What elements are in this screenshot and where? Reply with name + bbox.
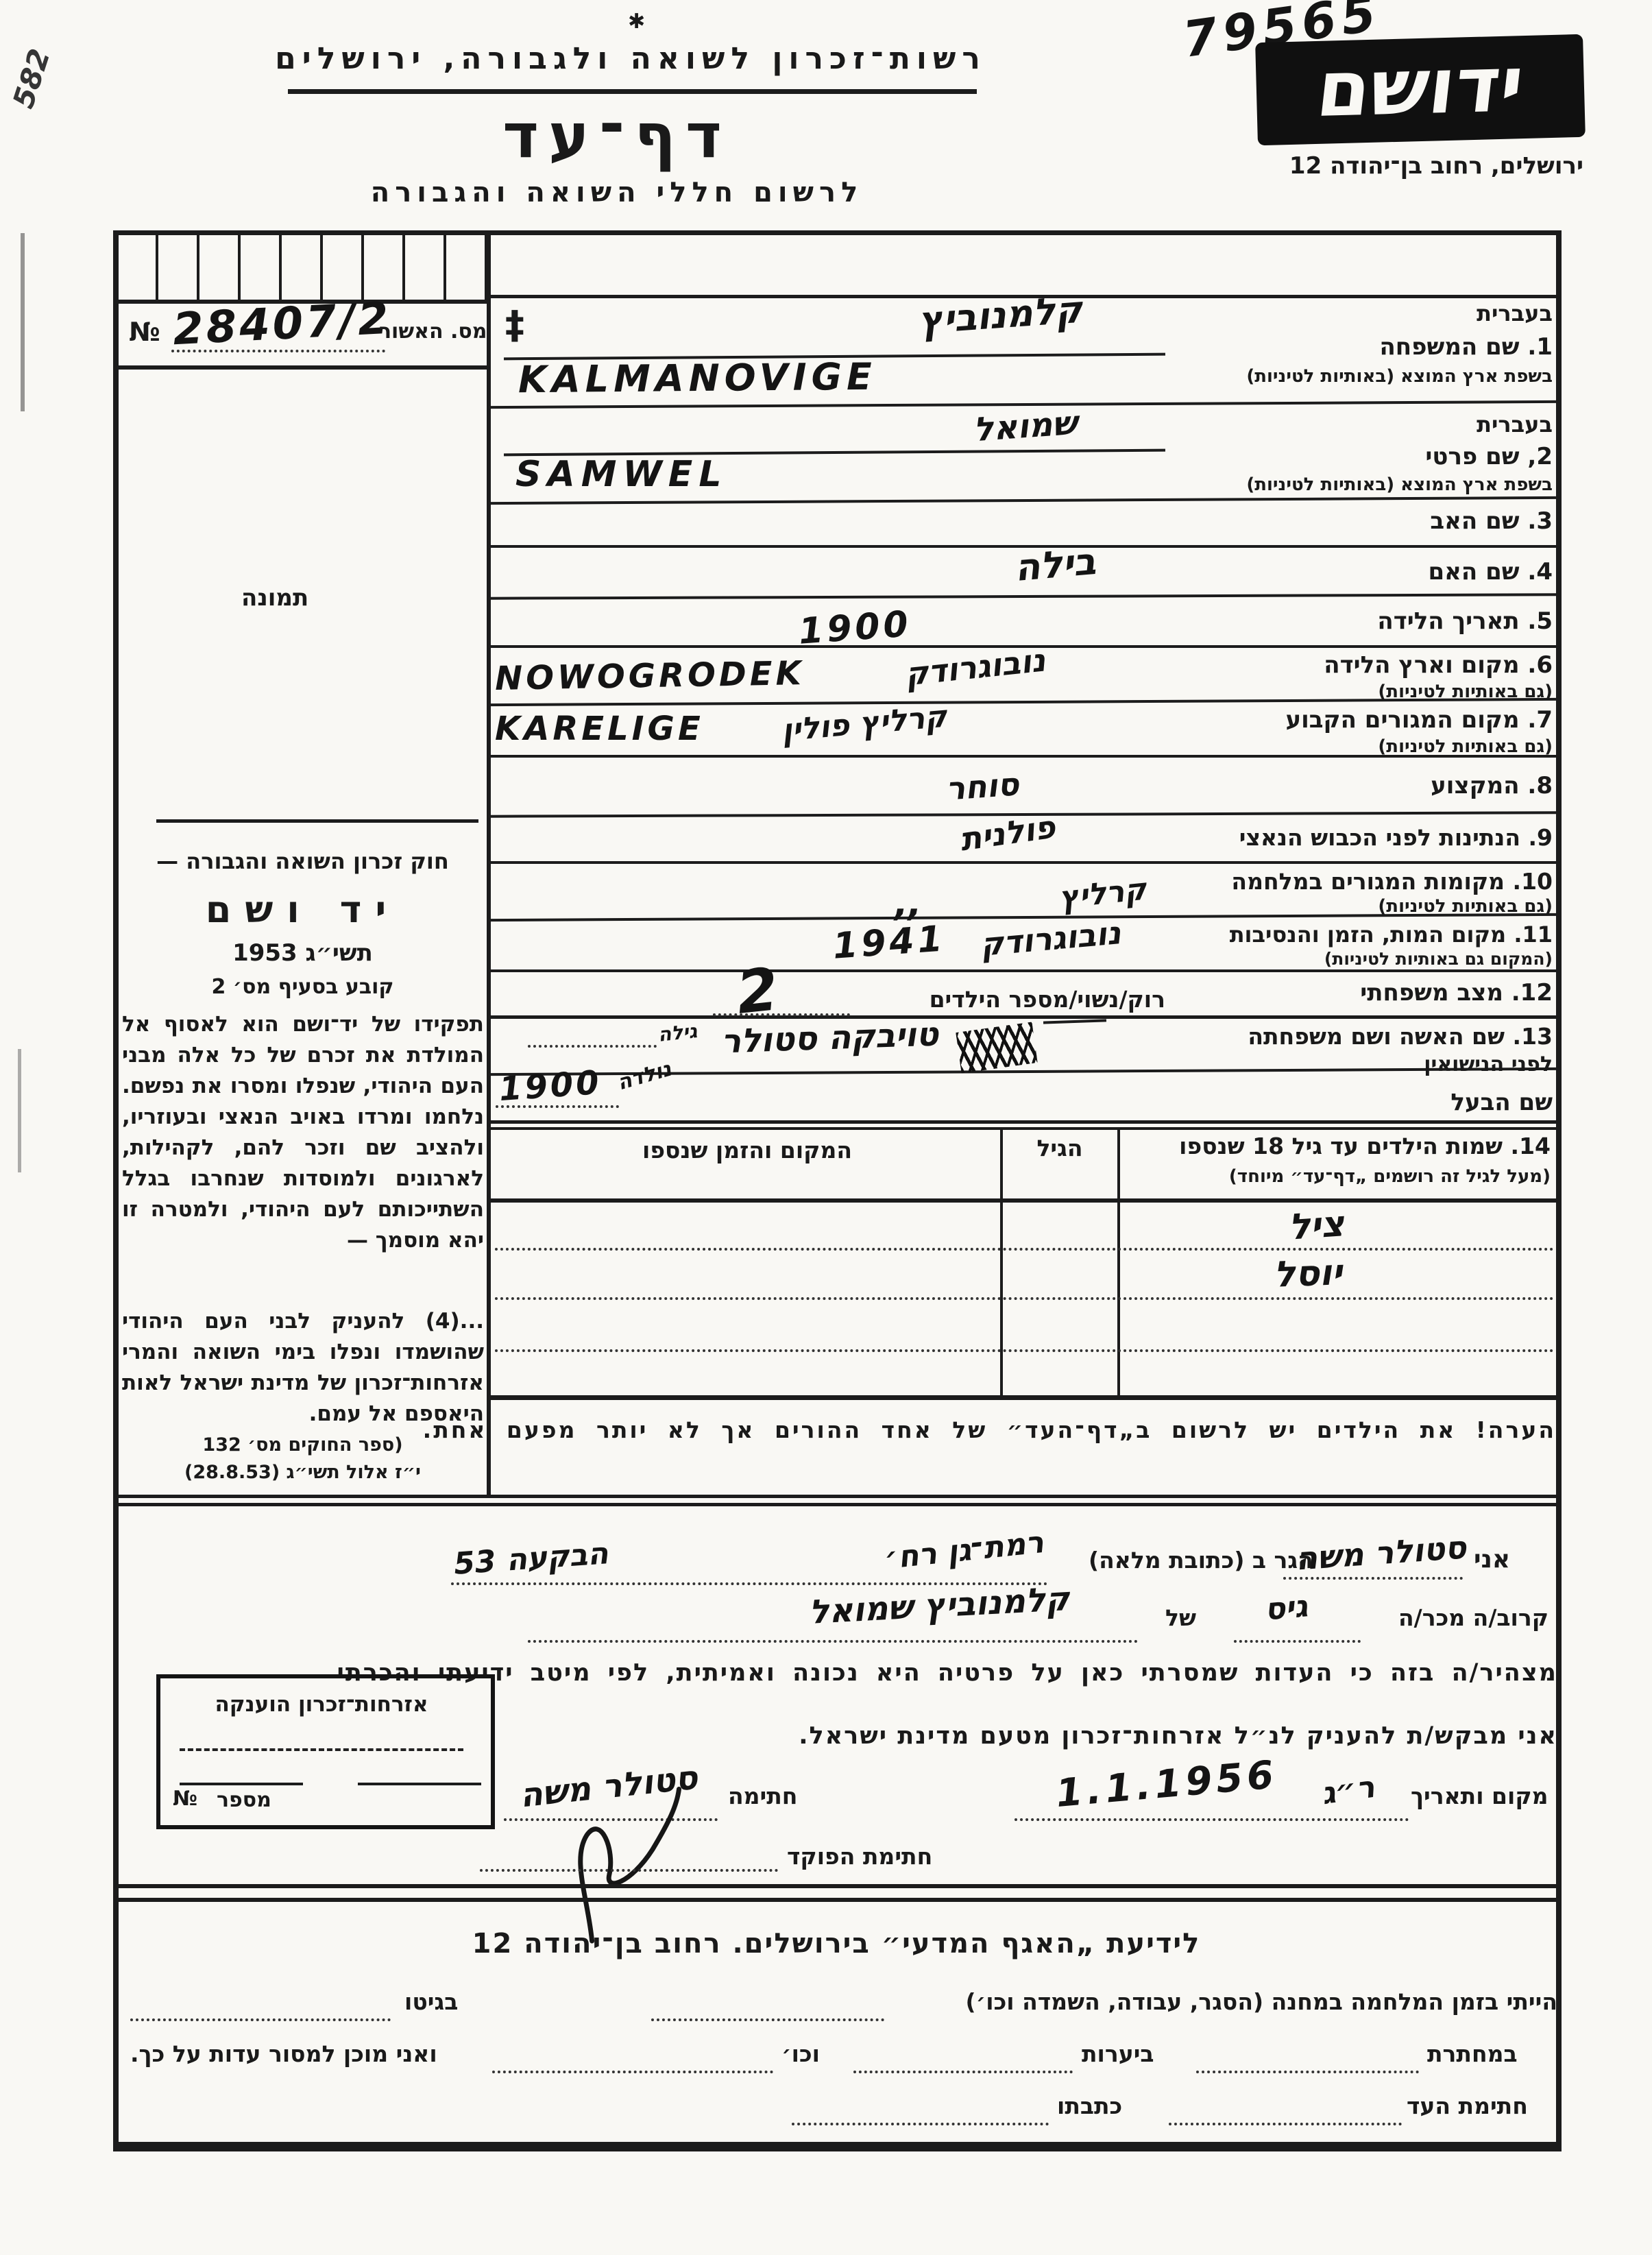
ghetto-label: בגיטו <box>404 1988 458 2015</box>
family-name-check-mark: ‡ <box>505 303 524 348</box>
place-date-label: מקום ותאריך <box>1411 1783 1548 1809</box>
place-handwritten: ר״ג <box>1320 1770 1377 1811</box>
table-col-place-header: המקום והזמן שנספו <box>521 1137 973 1163</box>
field-13-label: 13. שם האשה ושם משפחתה לפני הנישואין <box>1169 1023 1553 1076</box>
field-2-sub: בשפת ארץ המוצא (באותיות לטיניות) <box>1169 474 1553 495</box>
form-border-left <box>113 230 119 2151</box>
row-rule <box>490 496 1556 505</box>
witness-address-dotted-line <box>792 2123 1049 2125</box>
approval-row-bottom-rule <box>113 365 491 370</box>
field-2-title: 2, שם פרטי <box>1169 443 1553 470</box>
camps-label: הייתי בזמן המלחמה במחנה (הסגר, עבודה, הש… <box>891 1988 1557 2015</box>
section-rule <box>113 1495 1562 1498</box>
related-to-handwritten: קלמנוביץ שמואל <box>808 1580 1071 1632</box>
table-top-rule-2 <box>487 1127 1557 1130</box>
field-10-title: 10. מקומות המגורים במלחמה <box>1169 868 1553 895</box>
birth-date-handwritten: 1900 <box>797 603 913 652</box>
ghetto-dotted-line <box>130 2018 391 2021</box>
children-count-handwritten: 2 <box>733 955 781 1028</box>
citizenship-stamp-box: אזרחות־זכרון הוענקה № מספר <box>156 1674 495 1829</box>
table-col-divider <box>1117 1130 1120 1399</box>
signature-label: חתימה <box>728 1783 797 1809</box>
field-4-label: 4. שם האם <box>1169 558 1553 586</box>
field-1-title: 1. שם המשפחה <box>1169 333 1553 361</box>
header-rule <box>288 89 977 94</box>
field-7-label: 7. מקום המגורים הקבוע (גם באותיות לטיניו… <box>1169 706 1553 757</box>
form-border-bottom <box>113 2142 1562 2151</box>
underground-dotted-line <box>1196 2071 1419 2073</box>
occupation-handwritten: סוחר <box>945 765 1020 807</box>
approval-label: מס. האשור <box>379 319 487 343</box>
table-children-header: 14. שמות הילדים עד גיל 18 שנספו (מעל לגי… <box>1131 1133 1551 1187</box>
form-border-right <box>1556 230 1562 2151</box>
stamp-number-label: מספר <box>217 1788 271 1812</box>
field-2-label: בעברית 2, שם פרטי בשפת ארץ המוצא (באותיו… <box>1169 411 1553 495</box>
yad-vashem-logo-text: ידושם <box>1252 38 1590 136</box>
table-col-divider <box>1000 1130 1003 1399</box>
residence-latin-handwritten: KARELIGE <box>495 710 704 748</box>
field-1-sub: בשפת ארץ המוצא (באותיות לטיניות) <box>1169 366 1553 387</box>
field-6-title: 6. מקום וארץ הלידה <box>1169 651 1553 679</box>
wife-name-handwritten: טויבקה סטולר <box>720 1015 939 1061</box>
address-dotted-line <box>451 1582 1047 1585</box>
row-rule <box>490 1015 1556 1019</box>
stamp-title: אזרחות־זכרון הוענקה <box>160 1692 483 1717</box>
asterisk-mark: ✱ <box>628 10 645 34</box>
scan-edge-artifact <box>21 233 25 411</box>
org-name: רשות־זכרון לשואה ולגבורה, ירושלים <box>274 41 987 76</box>
wife-note-top-handwritten: גילה <box>657 1020 698 1046</box>
index-cells-strip <box>117 235 487 300</box>
section-rule <box>113 1503 1562 1506</box>
mother-name-handwritten: בילה <box>1012 540 1097 590</box>
stamp-dashed-line <box>180 1748 463 1751</box>
table-bottom-rule <box>487 1395 1557 1400</box>
resides-label: הגר ב (כתובת מלאה) <box>1089 1547 1313 1573</box>
field-1-lang: בעברית <box>1177 300 1553 326</box>
witness-signature-label: חתימת העד <box>1407 2093 1528 2119</box>
witness-name-handwritten: סטולר משה <box>1294 1528 1467 1577</box>
date-handwritten: 1.1.1956 <box>1054 1752 1280 1816</box>
request-text: אני מבקש/ת להעניק לנ״ל אזרחות־זכרון מטעם… <box>754 1722 1557 1750</box>
ready-to-testify-label: ואני מוכן למסור עדות על כך. <box>130 2040 437 2067</box>
children-note: הערה! את הילדים יש לרשום ב„דף־העד״ של אח… <box>480 1416 1556 1443</box>
yad-vashem-logo: ידושם <box>1255 34 1586 145</box>
field-11-sub: (המקום גם באותיות לטיניות) <box>1169 949 1553 969</box>
field-10-label: 10. מקומות המגורים במלחמה (גם באותיות לט… <box>1169 868 1553 917</box>
first-name-hebrew-handwritten: שמואל <box>972 404 1078 449</box>
field-7-title: 7. מקום המגורים הקבוע <box>1169 706 1553 734</box>
law-year: תשי״ג 1953 <box>125 939 480 967</box>
child-1-name-handwritten: ציל <box>1287 1203 1346 1248</box>
wife-year-dotted-line <box>496 1105 619 1108</box>
bottom-title: לידיעת „האגף המדעי״ בירושלים. רחוב בן־יה… <box>274 1928 1398 1959</box>
corner-file-scribble: 582 <box>6 45 57 112</box>
related-to-dotted-line <box>528 1640 1138 1643</box>
row-rule <box>490 593 1556 599</box>
field-13-title: 13. שם האשה ושם משפחתה <box>1169 1023 1553 1050</box>
forests-dotted-line <box>853 2071 1073 2073</box>
law-heading: חוק זכרון השואה והגבורה — <box>125 848 480 874</box>
field-5-label: 5. תאריך הלידה <box>1169 607 1553 635</box>
address-part1-handwritten: רמת־גן רח׳ <box>883 1525 1045 1576</box>
residence-hebrew-handwritten: קרליץ פולין <box>780 699 948 749</box>
bottom-section-rule <box>113 1898 1562 1902</box>
field-12-label: 12. מצב משפחתי <box>1169 979 1553 1006</box>
underground-label: במחתרת <box>1427 2040 1518 2067</box>
field-10-sub: (גם באותיות לטיניות) <box>1169 896 1553 917</box>
approval-no-sign: № <box>129 317 160 347</box>
birth-place-latin-handwritten: NOWOGRODEK <box>495 654 805 698</box>
field-3-label: 3. שם האב <box>1169 507 1553 535</box>
relative-label: קרוב/ה מכר/ה <box>1398 1604 1548 1631</box>
field-6-sub: (גם באותיות לטיניות) <box>1169 682 1553 702</box>
field-11-label: 11. מקום המות, הזמן והנסיבות (המקום גם ב… <box>1169 921 1553 969</box>
field-11-title: 11. מקום המות, הזמן והנסיבות <box>1169 921 1553 948</box>
camps-dotted-line <box>651 2018 884 2021</box>
law-paragraph-2: ...(4) להעניק לבני העם היהודי שהושמדו ונ… <box>122 1306 484 1430</box>
law-name: יד ושם <box>125 888 480 931</box>
field-6-label: 6. מקום וארץ הלידה (גם באותיות לטיניות) <box>1169 651 1553 702</box>
husband-label: שם הבעל <box>1169 1089 1553 1116</box>
table-row-rule <box>495 1297 1554 1300</box>
photo-label: תמונה <box>241 584 308 612</box>
law-paragraph-1: תפקידו של יד־ושם הוא לאסוף אל המולדת את … <box>122 1009 484 1256</box>
witness-signature-dotted-line <box>1169 2123 1402 2125</box>
field-8-label: 8. המקצוע <box>1169 772 1553 799</box>
field-1-label: בעברית 1. שם המשפחה בשפת ארץ המוצא (באות… <box>1169 300 1553 387</box>
birth-place-hebrew-handwritten: נובוגרודק <box>903 641 1047 692</box>
left-column-divider <box>487 230 491 1497</box>
etc-dotted-line <box>492 2071 773 2073</box>
crossed-out-word-scribble <box>956 1022 1037 1073</box>
relation-dotted-line <box>1234 1640 1361 1643</box>
first-name-latin-handwritten: SAMWEL <box>515 454 727 495</box>
child-2-name-handwritten: יוסל <box>1273 1252 1343 1295</box>
field-13-sub: לפני הנישואין <box>1292 1052 1553 1076</box>
witness-name-dotted-line <box>1283 1577 1463 1580</box>
death-year-handwritten: 1941 <box>831 918 947 967</box>
war-residence-ditto-mark: ,, <box>895 883 922 924</box>
table-row-rule <box>495 1248 1554 1251</box>
of-label: של <box>1165 1604 1196 1631</box>
daf-ed-form-scan: 582 ✱ 79565 רשות־זכרון לשואה ולגבורה, יר… <box>0 0 1652 2255</box>
field-9-label: 9. הנתינות לפני הכבוש הנאצי <box>1169 824 1553 851</box>
row-rule <box>490 861 1556 864</box>
field-2-lang: בעברית <box>1177 411 1553 437</box>
address-part2-handwritten: הבקעה 53 <box>452 1536 609 1582</box>
etc-label: וכו׳ <box>781 2040 820 2067</box>
date-dotted-line <box>1015 1818 1409 1821</box>
witness-address-label: כתבתו <box>1057 2093 1122 2119</box>
law-top-rule <box>156 819 478 823</box>
declaration-text: מצהיר/ה בזה כי העדות שמסרתי כאן על פרטיה… <box>480 1659 1557 1687</box>
approval-number-handwritten: 28407/2 <box>171 293 392 356</box>
bottom-section-rule <box>113 1884 1562 1888</box>
death-place-handwritten: נובוגרודק <box>979 914 1122 963</box>
table-col-age-header: הגיל <box>1002 1135 1117 1161</box>
law-reference-2: י״ז אלול תשי״ג (28.8.53) <box>125 1462 480 1483</box>
table-row-rule <box>495 1349 1554 1352</box>
stamp-no-sign: № <box>173 1787 197 1811</box>
wife-birth-year-handwritten: 1900 <box>498 1063 603 1109</box>
field-7-sub: (גם באותיות לטיניות) <box>1169 736 1553 757</box>
war-residence-handwritten: קרליץ <box>1058 871 1148 915</box>
table-top-rule <box>487 1120 1557 1124</box>
married-hand-underline <box>1043 1019 1106 1024</box>
law-clause: קובע בסעיף מס׳ 2 <box>125 975 480 999</box>
form-border-top <box>113 230 1562 235</box>
stamp-rule-left <box>180 1783 303 1785</box>
clerk-signature-label: חתימת הפוקד <box>787 1843 932 1870</box>
forests-label: ביערות <box>1082 2040 1154 2067</box>
wife-row-dotted-line <box>528 1045 657 1048</box>
marital-status-printed: רוק/נשוי/מספר הילדים <box>864 986 1165 1013</box>
row-rule <box>490 969 1556 972</box>
stamp-rule-right <box>358 1783 481 1785</box>
table-children-sub: (מעל לגיל זה רושמים „דף־עד״ מיוחד) <box>1131 1166 1551 1187</box>
declaration-i-label: אני <box>1474 1545 1510 1573</box>
relation-handwritten: גיס <box>1263 1589 1309 1627</box>
table-header-bottom-rule <box>487 1198 1557 1203</box>
clerk-signature-dotted-line <box>480 1869 778 1872</box>
logo-address: ירושלים, רחוב בן־יהודה 12 <box>1158 152 1583 180</box>
scan-edge-artifact <box>18 1049 21 1172</box>
wife-note-bottom-handwritten: נולדה <box>615 1057 675 1096</box>
form-title: דף־עד <box>439 100 795 172</box>
form-subtitle: לרשום חללי השואה והגבורה <box>315 177 919 208</box>
children-count-dotted-line <box>713 1013 850 1016</box>
table-children-title: 14. שמות הילדים עד גיל 18 שנספו <box>1131 1133 1551 1159</box>
family-name-latin-handwritten: KALMANOVIGE <box>518 355 877 402</box>
